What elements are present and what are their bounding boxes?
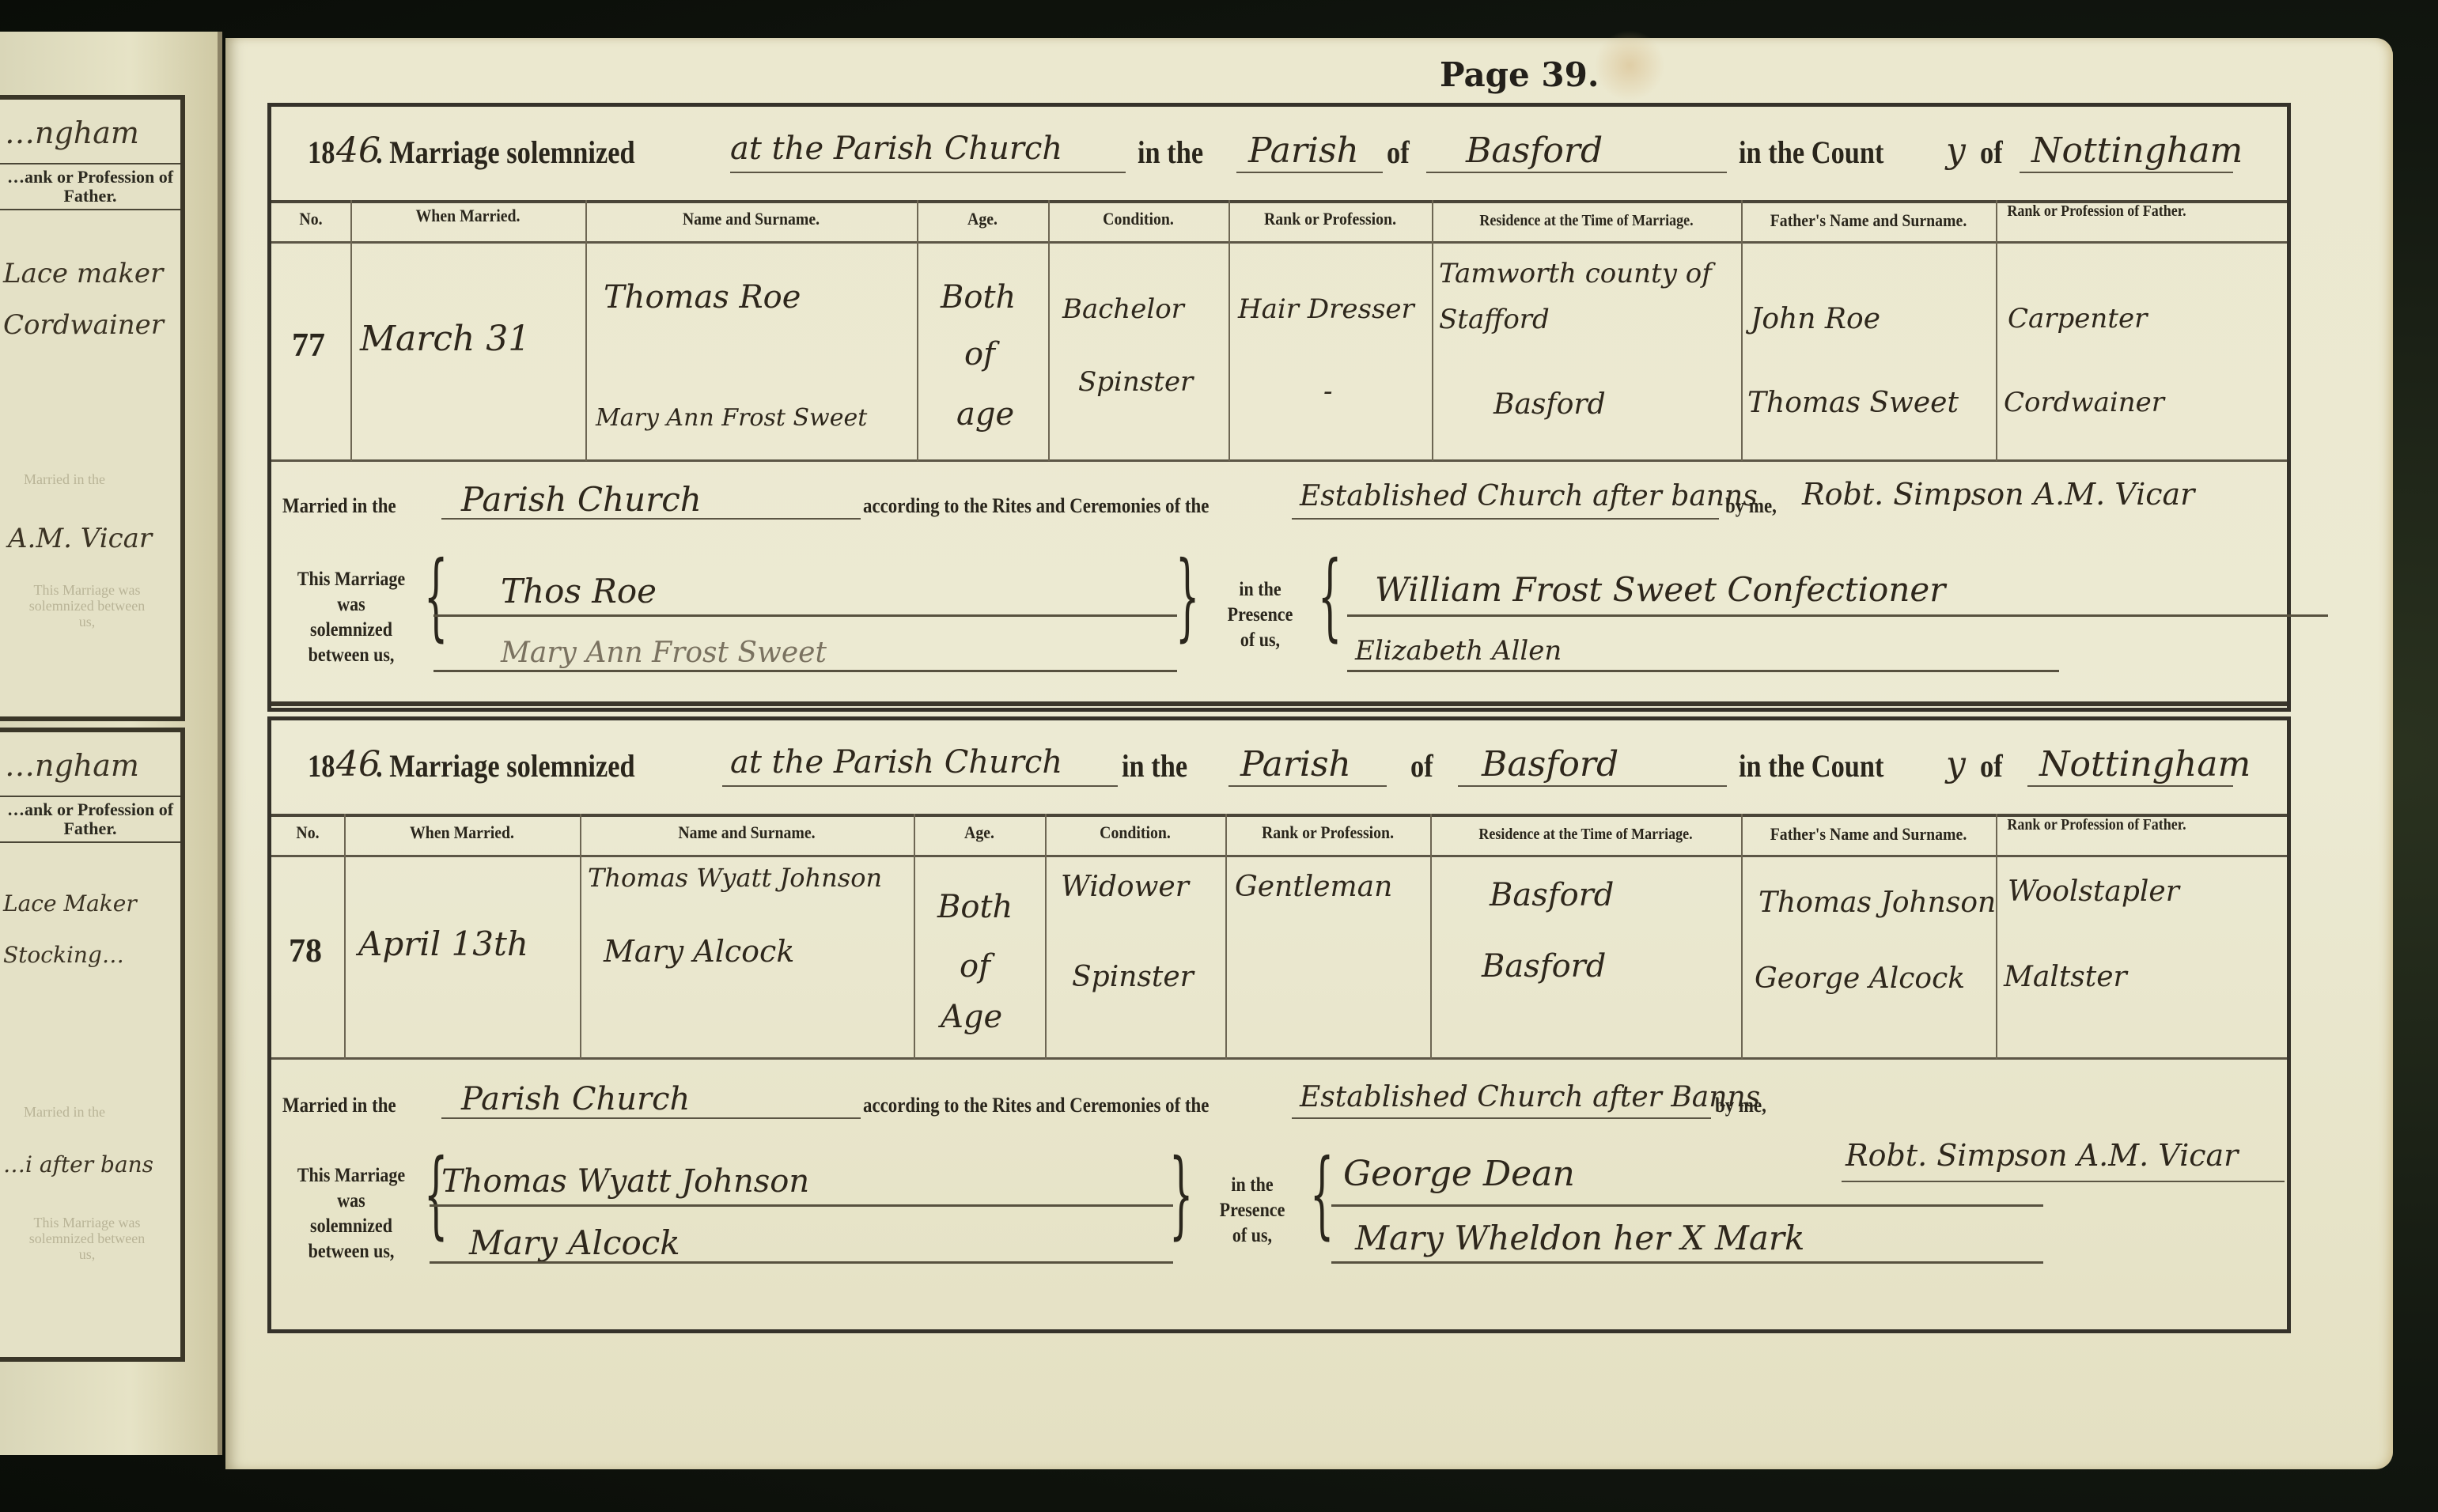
bride-signature: Mary Alcock (469, 1223, 680, 1262)
left-brace-icon: { (1310, 1147, 1334, 1242)
underline (1292, 518, 1719, 520)
bride-father-rank: Cordwainer (2004, 387, 2164, 418)
county-label: in the Count (1739, 134, 1884, 171)
col-header-residence: Residence at the Time of Marriage. (1446, 825, 1726, 844)
left-faint-label: Married in the (24, 471, 105, 487)
place-type: Parish (1248, 130, 1359, 171)
label-line: Presence (1211, 603, 1308, 628)
right-brace-icon: } (1175, 550, 1200, 644)
left-father-rank-1: Lace Maker (3, 890, 137, 917)
left-father-rank-2: Cordwainer (3, 309, 164, 341)
col-divider (350, 200, 352, 461)
groom-residence: Tamworth county of Stafford (1439, 251, 1740, 342)
signature-line (1347, 614, 2328, 617)
left-signature-fragment: …i after bans (3, 1151, 153, 1177)
col-divider (917, 200, 918, 461)
age-line-3: age (956, 396, 1014, 433)
col-header-father: Father's Name and Surname. (1754, 825, 1983, 844)
of-label: of (1387, 134, 1410, 171)
groom-father: Thomas Johnson (1758, 886, 1996, 919)
groom-rank: Gentleman (1235, 871, 1392, 903)
label-line: solemnized (285, 618, 417, 643)
underline (1292, 1117, 1711, 1119)
groom-residence: Basford (1490, 877, 1614, 913)
signature-line (430, 1261, 1173, 1264)
header-rule (271, 241, 2287, 244)
bride-signature: Mary Ann Frost Sweet (501, 637, 827, 669)
label-line: in the (1211, 577, 1308, 603)
right-brace-icon: } (1169, 1147, 1194, 1242)
groom-signature: Thomas Wyatt Johnson (441, 1163, 809, 1200)
of-county-label: of (1980, 134, 2003, 171)
col-header-age: Age. (920, 823, 1038, 842)
age-line-1: Both (941, 279, 1016, 316)
table-bottom-rule (271, 1057, 2287, 1060)
underline (1458, 785, 1727, 787)
entry-table: No. When Married. Name and Surname. Age.… (271, 814, 2287, 1059)
left-brace-icon: { (424, 550, 449, 644)
left-county-fragment: …ngham (5, 115, 139, 150)
underline (441, 1117, 861, 1119)
entry-number: 78 (289, 932, 322, 970)
label-line: of us, (1211, 628, 1308, 653)
solemnized-label: . Marriage solemnized (376, 747, 635, 784)
when-married: March 31 (360, 319, 530, 359)
of-county-label: of (1980, 747, 2003, 784)
col-header-condition: Condition. (1057, 210, 1219, 229)
header-rule (271, 855, 2287, 857)
label-line: was (285, 592, 417, 618)
marriage-entry-78: 18 46 . Marriage solemnized at the Paris… (267, 716, 2291, 1333)
col-divider (1996, 814, 1997, 1059)
left-faint-label: This Marriage was solemnized between us, (24, 582, 150, 629)
col-divider (585, 200, 587, 461)
label-line: between us, (285, 1239, 417, 1264)
groom-name: Thomas Roe (604, 279, 801, 316)
label-line: solemnized (285, 1214, 417, 1239)
year-suffix: 46 (336, 744, 380, 784)
col-divider (1996, 200, 1997, 461)
bride-rank: - (1323, 376, 1333, 407)
left-father-rank-2: Stocking… (3, 942, 124, 968)
county-label: in the Count (1739, 747, 1884, 784)
parish-name: Basford (1482, 744, 1618, 784)
age-line-1: Both (937, 889, 1013, 925)
entry-title-line: 18 46 . Marriage solemnized at the Paris… (271, 720, 2287, 817)
col-divider (344, 814, 346, 1059)
county-name: Nottingham (2039, 744, 2251, 784)
parish-name: Basford (1466, 130, 1603, 171)
col-divider (1048, 200, 1050, 461)
married-in-label: Married in the (282, 494, 396, 518)
label-line: of us, (1203, 1223, 1300, 1249)
entry-divider (271, 701, 2287, 706)
col-header-residence: Residence at the Time of Marriage. (1448, 211, 1726, 230)
left-page-fragment: …ngham …ank or Profession of Father. Lac… (0, 32, 222, 1455)
left-faint-label: Married in the (24, 1104, 105, 1120)
col-divider (914, 814, 915, 1059)
col-divider (1228, 200, 1230, 461)
rites-label: according to the Rites and Ceremonies of… (863, 1094, 1209, 1117)
witness-2: Mary Wheldon her X Mark (1355, 1219, 1804, 1257)
bride-father: George Alcock (1755, 962, 1965, 995)
left-entry-fragment-2: …ngham …ank or Profession of Father. Lac… (0, 728, 185, 1362)
of-label: of (1410, 747, 1433, 784)
signature-line (433, 614, 1177, 617)
in-presence-label: in the Presence of us, (1203, 1173, 1300, 1249)
groom-rank: Hair Dresser (1238, 293, 1414, 325)
label-line: This Marriage (285, 567, 417, 592)
underline (1236, 172, 1383, 173)
place-type: Parish (1240, 744, 1351, 784)
officiant-signature: Robt. Simpson A.M. Vicar (1846, 1138, 2238, 1173)
register-page: Page 39. 18 46 . Marriage solemnized at … (225, 38, 2393, 1469)
county-suffix: y (1946, 130, 1966, 171)
underline (1426, 172, 1727, 173)
signature-line (433, 670, 1177, 672)
table-bottom-rule (271, 459, 2287, 462)
officiant-signature: Robt. Simpson A.M. Vicar (1802, 477, 2194, 512)
in-the-label: in the (1138, 134, 1203, 171)
married-in-place: Parish Church (461, 480, 702, 519)
signature-line (1331, 1204, 2043, 1207)
label-line: Presence (1203, 1198, 1300, 1223)
county-suffix: y (1946, 744, 1966, 784)
groom-father-rank: Carpenter (2008, 303, 2147, 335)
rites-value: Established Church after Banns (1300, 1081, 1760, 1113)
left-brace-icon: { (1318, 550, 1342, 644)
groom-signature: Thos Roe (501, 572, 657, 610)
underline (441, 518, 861, 520)
col-header-father: Father's Name and Surname. (1754, 211, 1983, 230)
col-divider (1741, 200, 1743, 461)
left-column-header: …ank or Profession of Father. (0, 163, 180, 210)
age-line-3: Age (941, 999, 1002, 1035)
underline (1842, 1181, 2285, 1182)
marriage-entry-77: 18 46 . Marriage solemnized at the Paris… (267, 103, 2291, 712)
col-divider (1430, 814, 1432, 1059)
bride-condition: Spinster (1072, 961, 1194, 993)
bride-father-rank: Maltster (2004, 961, 2127, 993)
married-in-label: Married in the (282, 1094, 396, 1117)
when-married: April 13th (358, 924, 528, 963)
col-header-when: When Married. (356, 823, 568, 842)
groom-condition: Bachelor (1062, 293, 1184, 325)
witness-1: William Frost Sweet Confectioner (1375, 570, 1945, 609)
witness-1: George Dean (1343, 1154, 1575, 1194)
col-divider (1741, 814, 1743, 1059)
this-marriage-label: This Marriage was solemnized between us, (285, 1163, 417, 1264)
label-line: This Marriage (285, 1163, 417, 1189)
col-divider (1045, 814, 1047, 1059)
underline (2027, 785, 2233, 787)
year-prefix: 18 (308, 134, 335, 171)
col-header-age: Age. (923, 210, 1041, 229)
col-divider (580, 814, 581, 1059)
left-signature-fragment: A.M. Vicar (8, 523, 152, 554)
rites-value: Established Church after banns (1300, 480, 1758, 512)
groom-condition: Widower (1061, 871, 1189, 903)
in-the-label: in the (1122, 747, 1187, 784)
col-header-no: No. (275, 823, 341, 842)
bride-condition: Spinster (1078, 366, 1193, 398)
label-line: in the (1203, 1173, 1300, 1198)
entry-title-line: 18 46 . Marriage solemnized at the Paris… (271, 107, 2287, 203)
bride-residence: Basford (1493, 388, 1606, 421)
entry-number: 77 (292, 327, 325, 365)
bride-father: Thomas Sweet (1747, 387, 1959, 419)
entry-table: No. When Married. Name and Surname. Age.… (271, 200, 2287, 461)
col-divider (1225, 814, 1227, 1059)
signature-line (1347, 670, 2059, 672)
rites-label: according to the Rites and Ceremonies of… (863, 494, 1209, 518)
solemnized-at: at the Parish Church (730, 130, 1062, 167)
bride-residence: Basford (1482, 948, 1606, 985)
col-header-father-rank: Rank or Profession of Father. (2006, 815, 2188, 834)
this-marriage-label: This Marriage was solemnized between us, (285, 567, 417, 668)
by-me-label: by me, (1725, 494, 1777, 518)
underline (2020, 172, 2233, 173)
col-header-rank: Rank or Profession. (1239, 210, 1422, 229)
bride-name: Mary Ann Frost Sweet (596, 404, 867, 432)
page-number: Page 39. (1440, 55, 1677, 94)
col-header-name: Name and Surname. (602, 210, 900, 229)
col-header-no: No. (275, 210, 346, 229)
witness-2: Elizabeth Allen (1355, 635, 1562, 667)
bride-name: Mary Alcock (604, 934, 794, 969)
left-entry-fragment-1: …ngham …ank or Profession of Father. Lac… (0, 95, 185, 721)
groom-father-rank: Woolstapler (2008, 875, 2179, 908)
left-column-header: …ank or Profession of Father. (0, 796, 180, 843)
underline (722, 785, 1118, 787)
married-in-place: Parish Church (461, 1081, 690, 1117)
label-line: was (285, 1189, 417, 1214)
col-header-rank: Rank or Profession. (1236, 823, 1420, 842)
by-me-label: by me, (1715, 1094, 1766, 1117)
age-line-2: of (964, 336, 995, 372)
label-line: between us, (285, 643, 417, 668)
solemnized-label: . Marriage solemnized (376, 134, 635, 171)
age-line-2: of (960, 948, 990, 985)
county-name: Nottingham (2031, 130, 2243, 171)
year-prefix: 18 (308, 747, 335, 784)
col-header-when: When Married. (362, 206, 574, 225)
in-presence-label: in the Presence of us, (1211, 577, 1308, 653)
left-faint-label: This Marriage was solemnized between us, (24, 1215, 150, 1262)
col-header-name: Name and Surname. (596, 823, 897, 842)
groom-father: John Roe (1751, 303, 1880, 335)
signature-line (430, 1204, 1173, 1207)
col-header-father-rank: Rank or Profession of Father. (2006, 202, 2188, 221)
signature-line (1331, 1261, 2043, 1264)
col-divider (1432, 200, 1433, 461)
solemnized-at: at the Parish Church (730, 744, 1062, 781)
underline (1228, 785, 1387, 787)
left-county-fragment: …ngham (5, 748, 139, 783)
left-father-rank-1: Lace maker (3, 258, 163, 289)
year-suffix: 46 (336, 130, 380, 171)
col-header-condition: Condition. (1054, 823, 1216, 842)
underline (730, 172, 1126, 173)
groom-name: Thomas Wyatt Johnson (588, 863, 882, 893)
